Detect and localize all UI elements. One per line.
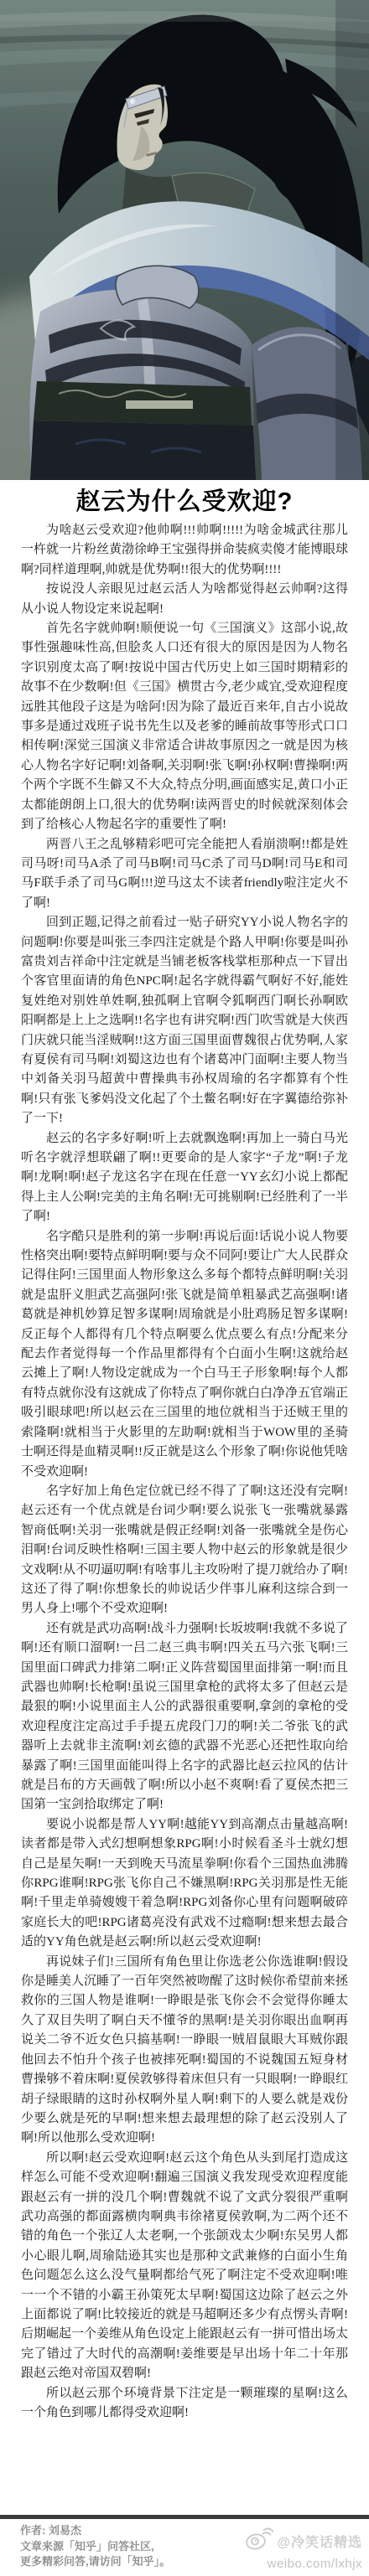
article-paragraph: 名字酷只是胜利的第一步啊!再说后面!话说小说人物要性格突出啊!要特点鲜明啊!要与… [21, 1227, 348, 1482]
article-paragraph: 为啥赵云受欢迎?他帅啊!!!帅啊!!!!!为啥金城武往那儿一杵就一片粉丝黄渤徐峥… [21, 521, 348, 580]
article-paragraph: 再说妹子们!三国所有角色里让你选老公你选谁啊!假设你是睡美人沉睡了一百年突然被吻… [21, 1953, 348, 2149]
author-line: 作者: 刘易杰 [20, 2523, 170, 2539]
more-line: 更多精彩问答,请访问「知乎」。 [20, 2554, 170, 2570]
footer-attribution: 作者: 刘易杰 文章来源「知乎」问答社区, 更多精彩问答,请访问「知乎」。 [20, 2523, 170, 2570]
article-paragraph: 首先名字就帅啊!顺便说一句《三国演义》这部小说,故事性强趣味性高,但脍炙人口还有… [21, 619, 348, 834]
weibo-url[interactable]: weibo.com/lxhjx [245, 2557, 362, 2571]
article-paragraph: 回到正题,记得之前看过一贴子研究YY小说人物名字的问题啊!你要是叫张三李四注定就… [21, 913, 348, 1128]
article-title: 赵云为什么受欢迎? [0, 488, 369, 516]
source-line: 文章来源「知乎」问答社区, [20, 2539, 170, 2555]
article-paragraph: 要说小说都是帮人YY啊!越能YY到高潮点击量越高啊!读者都是带入式幻想啊想象RP… [21, 1815, 348, 1953]
weibo-logo-icon [245, 2527, 273, 2555]
article-paragraph: 赵云的名字多好啊!听上去就飘逸啊!再加上一骑白马光听名字就浮想联翩了啊!!更要命… [21, 1129, 348, 1227]
article-paragraph: 按说没人亲眼见过赵云活人为啥都觉得赵云帅啊?这得从小说人物设定来说起啊! [21, 580, 348, 619]
article-paragraph: 所以啊!赵云受欢迎啊!赵云这个角色从头到尾打造成这样怎么可能不受欢迎啊!翻遍三国… [21, 2149, 348, 2384]
hero-image [0, 0, 369, 480]
article-paragraph: 还有就是武功高啊!战斗力强啊!长坂坡啊!我就不多说了啊!还有顺口溜啊!一吕二赵三… [21, 1619, 348, 1815]
article-body: 为啥赵云受欢迎?他帅啊!!!帅啊!!!!!为啥金城武往那儿一杵就一片粉丝黄渤徐峥… [0, 518, 369, 2423]
article-paragraph: 两晋八王之乱够精彩吧可完全能把人看崩溃啊!!都是姓司马呀!司马A杀了司马B啊!司… [21, 835, 348, 914]
weibo-handle: @冷笑话精选 [277, 2532, 362, 2551]
article-paragraph: 所以赵云那个环境背景下注定是一颗璀璨的星啊!这么一个角色到哪儿都得受欢迎啊! [21, 2384, 348, 2424]
footer-weibo: @冷笑话精选 weibo.com/lxhjx [245, 2527, 362, 2571]
article-paragraph: 名字好加上角色定位就已经不得了了啊!这还没有完啊!赵云还有一个优点就是台词少啊!… [21, 1482, 348, 1619]
page: 赵云为什么受欢迎? 为啥赵云受欢迎?他帅啊!!!帅啊!!!!!为啥金城武往那儿一… [0, 0, 369, 2576]
footer: 作者: 刘易杰 文章来源「知乎」问答社区, 更多精彩问答,请访问「知乎」。 [0, 2519, 369, 2576]
